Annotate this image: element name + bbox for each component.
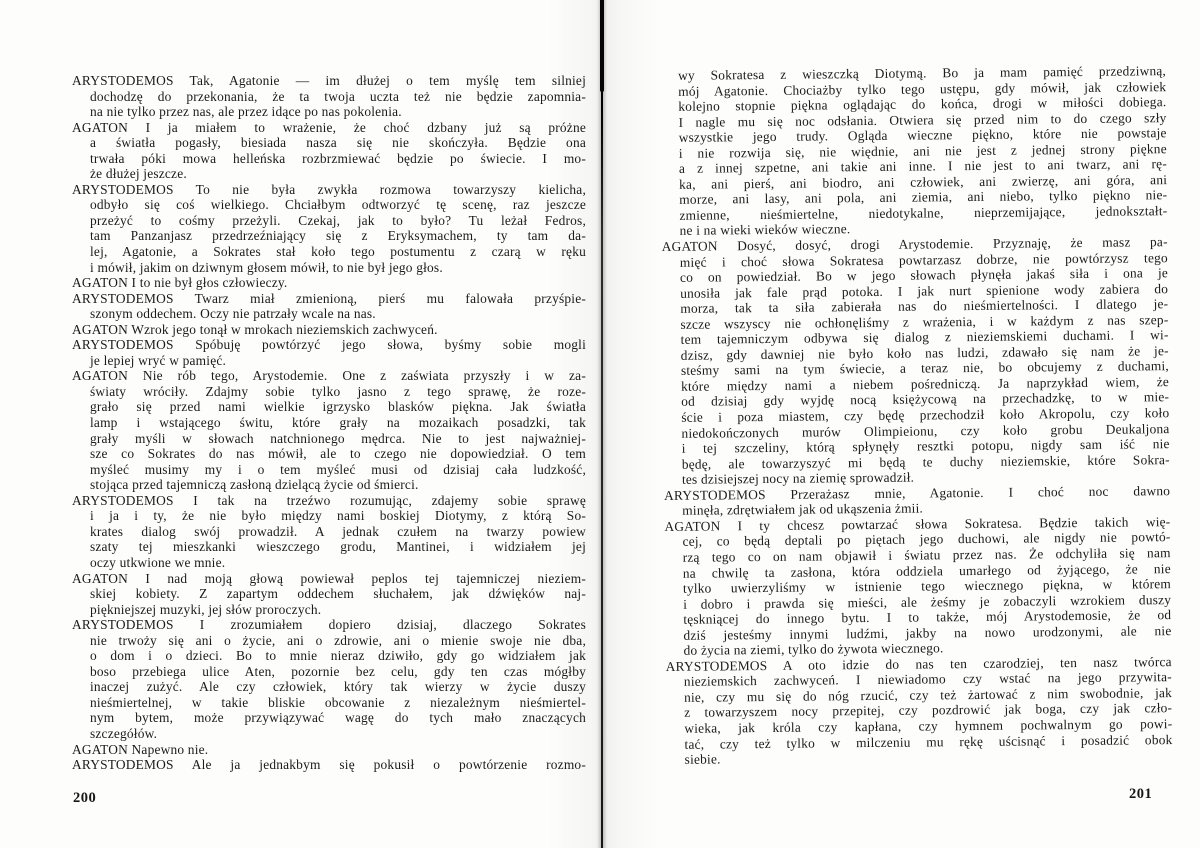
page-left: ARYSTODEMOS Tak, Agatonie — im dłużej o … xyxy=(0,0,597,848)
text-line: o dom i o dzieci. Bo to mnie nieraz dziw… xyxy=(72,648,586,664)
book-spread: ARYSTODEMOS Tak, Agatonie — im dłużej o … xyxy=(0,0,1200,848)
text-line: dochodzę do przekonania, że ta twoja ucz… xyxy=(72,89,586,105)
text-line: i ja i ty, że nie było między nami boski… xyxy=(72,508,586,524)
text-line: a światła pogasły, biesiada nasza się ni… xyxy=(72,135,586,151)
spine-line xyxy=(601,0,603,848)
text-line: ARYSTODEMOS Twarz miał zmienioną, pierś … xyxy=(72,291,586,307)
text-line: tam Panzanjasz przedrzeźniający się z Er… xyxy=(72,228,586,244)
text-line: inaczej zużyć. Ale czy człowiek, który t… xyxy=(72,679,586,695)
text-line: oczy utkwione we mnie. xyxy=(72,555,586,571)
text-line: je lepiej wryć w pamięć. xyxy=(72,353,586,369)
text-line: ARYSTODEMOS Tak, Agatonie — im dłużej o … xyxy=(72,73,586,89)
text-line: AGATON Wzrok jego tonął w mrokach niezie… xyxy=(72,322,586,338)
text-line: sze co Sokrates do nas mówił, ale to cze… xyxy=(72,446,586,462)
text-line: piękniejszej muzyki, jej słów proroczych… xyxy=(72,602,586,618)
text-line: szonym oddechem. Oczy nie patrzały wcale… xyxy=(72,306,586,322)
text-line: nieśmiertelnej, w takie bliskie obcowani… xyxy=(72,695,586,711)
text-line: ARYSTODEMOS Ale ja jednakbym się pokusił… xyxy=(72,757,586,773)
text-line: lamp i wstającego świtu, które grały na … xyxy=(72,415,586,431)
text-line: i mówił, jakim on dziwnym głosem mówił, … xyxy=(72,260,586,276)
text-line: szczegółów. xyxy=(72,726,586,742)
text-line: grały myśli w słowach natchnionego mędrc… xyxy=(72,431,586,447)
text-line: na nie tylko przez nas, ale przez idące … xyxy=(72,104,586,120)
text-line: szaty tej mieszkanki wieszczego grodu, M… xyxy=(72,539,586,555)
page-right-text-block: wy Sokratesa z wieszczką Diotymą. Bo ja … xyxy=(660,63,1173,767)
text-line: boso przebiega ulice Aten, pozornie bez … xyxy=(72,664,586,680)
text-line: grało się przed nami wielkie igrzysko bl… xyxy=(72,399,586,415)
text-line: lej, Agatonie, a Sokrates stał koło tego… xyxy=(72,244,586,260)
text-line: AGATON Nie rób tego, Arystodemie. One z … xyxy=(72,368,586,384)
text-line: stojąca przed tajemniczą zasłoną dzieląc… xyxy=(72,477,586,493)
spine-top-blot xyxy=(600,0,604,92)
text-line: światy wróciły. Zdajmy sobie tylko jasno… xyxy=(72,384,586,400)
text-line: ARYSTODEMOS Spóbuję powtórzyć jego słowa… xyxy=(72,337,586,353)
text-line: przeżyć to cośmy przeżyli. Czekaj, jak t… xyxy=(72,213,586,229)
text-line: skiej kobiety. Z zapartym oddechem słuch… xyxy=(72,586,586,602)
text-line: krates dialog swój prowadził. A jednak c… xyxy=(72,524,586,540)
page-number-right: 201 xyxy=(1129,786,1152,803)
text-line: AGATON I to nie był głos człowieczy. xyxy=(72,275,586,291)
text-line: ARYSTODEMOS I zrozumiałem dopiero dzisia… xyxy=(72,617,586,633)
page-number-left: 200 xyxy=(73,790,96,807)
text-line: nym bytem, może przywiązywać wagę do tyc… xyxy=(72,710,586,726)
text-line: że dłużej jeszcze. xyxy=(72,166,586,182)
text-line: AGATON I nad moją głową powiewał peplos … xyxy=(72,571,586,587)
text-line: myśleć musimy my i o tem myśleć musi od … xyxy=(72,462,586,478)
text-line: AGATON I ja miałem to wrażenie, że choć … xyxy=(72,120,586,136)
text-line: trwała póki mowa helleńska rozbrzmiewać … xyxy=(72,151,586,167)
text-line: nie trwoży się ani o życie, ani o zdrowi… xyxy=(72,633,586,649)
text-line: AGATON Napewno nie. xyxy=(72,742,586,758)
book-spine-gutter xyxy=(597,0,607,848)
text-line: ARYSTODEMOS I tak na trzeźwo rozumując, … xyxy=(72,493,586,509)
page-left-text-block: ARYSTODEMOS Tak, Agatonie — im dłużej o … xyxy=(72,73,586,773)
page-right: wy Sokratesa z wieszczką Diotymą. Bo ja … xyxy=(607,0,1200,848)
text-line: odbyło się coś wielkiego. Chciałbym odtw… xyxy=(72,197,586,213)
text-line: ARYSTODEMOS To nie była zwykła rozmowa t… xyxy=(72,182,586,198)
